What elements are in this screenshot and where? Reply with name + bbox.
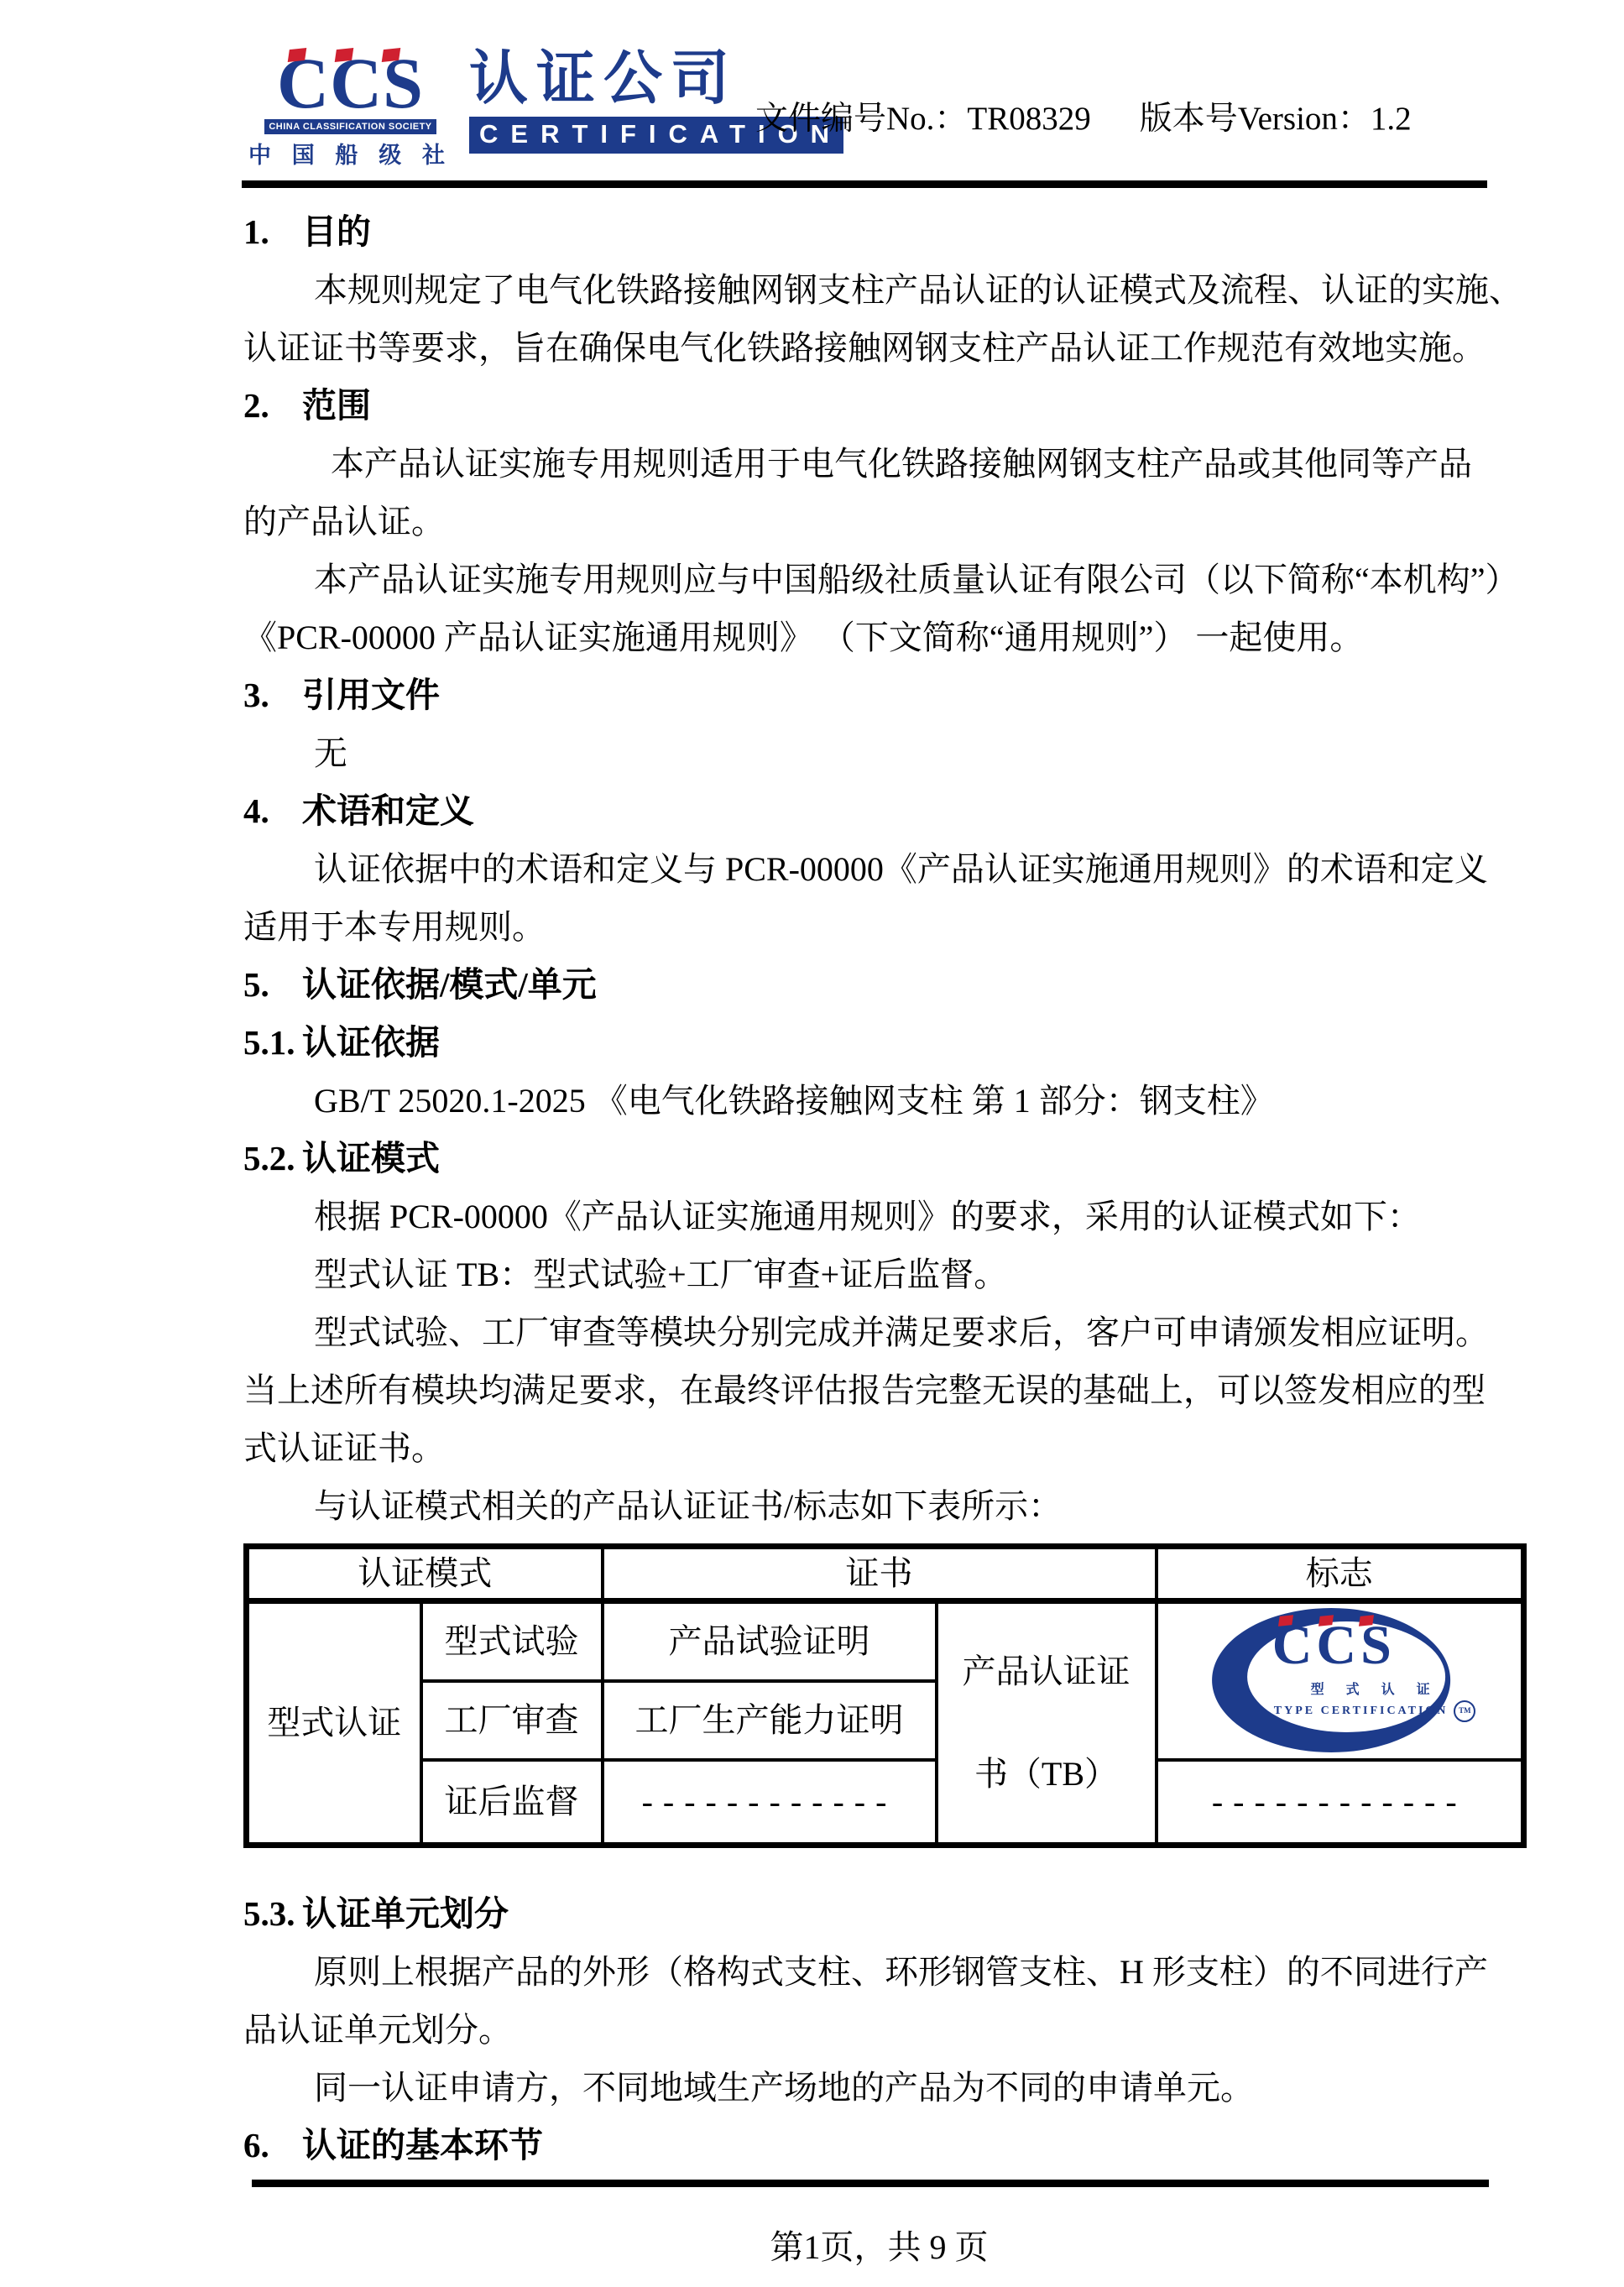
merged-cert-line1: 产品认证证	[938, 1651, 1155, 1693]
table-header-row: 认证模式 证书 标志	[247, 1547, 1524, 1601]
section-title: 术语和定义	[302, 791, 474, 830]
paragraph-line: 的产品认证。	[243, 493, 1515, 551]
module-cell: 证后监督	[421, 1760, 603, 1846]
table-row: 型式认证 型式试验 产品试验证明 产品认证证 书（TB）	[247, 1601, 1524, 1682]
section-number: 6.	[243, 2117, 302, 2175]
section-number: 5.1.	[243, 1014, 302, 1072]
section-1-heading: 1.目的	[243, 203, 1515, 261]
section-number: 3.	[243, 666, 302, 724]
cert-cell: 产品试验证明	[603, 1601, 937, 1682]
paragraph-line: 型式认证 TB：型式试验+工厂审查+证后监督。	[243, 1245, 1515, 1303]
section-5-2-heading: 5.2.认证模式	[243, 1130, 1515, 1188]
paragraph-line: 本产品认证实施专用规则应与中国船级社质量认证有限公司（以下简称“本机构”）	[243, 551, 1515, 608]
paragraph-line: 当上述所有模块均满足要求，在最终评估报告完整无误的基础上，可以签发相应的型	[243, 1361, 1515, 1419]
section-number: 1.	[243, 203, 302, 261]
section-number: 5.2.	[243, 1130, 302, 1188]
section-title: 认证单元划分	[302, 1894, 509, 1933]
section-title: 引用文件	[302, 676, 440, 714]
header-rule	[242, 180, 1487, 188]
header-cell-mode: 认证模式	[247, 1547, 603, 1601]
ccs-red-accent-icon	[335, 48, 354, 62]
mark-dash-cell: ------------	[1157, 1760, 1524, 1846]
page-header: CCS CHINA CLASSIFICATION SOCIETY 中 国 船 级…	[0, 0, 1624, 180]
section-title: 认证依据/模式/单元	[302, 965, 597, 1004]
paragraph-line: 与认证模式相关的产品认证证书/标志如下表所示：	[243, 1477, 1515, 1535]
section-number: 2.	[243, 377, 302, 435]
header-cell-cert: 证书	[603, 1547, 1157, 1601]
section-title: 认证的基本环节	[302, 2126, 543, 2164]
merged-cert-line2: 书（TB）	[938, 1753, 1155, 1795]
footer-rule	[252, 2180, 1489, 2187]
section-number: 4.	[243, 782, 302, 840]
section-title: 范围	[302, 386, 371, 425]
paragraph-line: 品认证单元划分。	[243, 2001, 1515, 2059]
document-meta: 文件编号No.：TR08329版本号Version：1.2	[755, 92, 1412, 139]
ccs-red-accent-icon	[1319, 1615, 1334, 1626]
mark-logo-cell: CCS 型 式 认 证 TYPE CERTIFICATION TM	[1157, 1601, 1524, 1761]
paragraph-line: 认证依据中的术语和定义与 PCR-00000《产品认证实施通用规则》的术语和定义	[243, 840, 1515, 898]
merged-cert-cell: 产品认证证 书（TB）	[937, 1601, 1157, 1846]
mark-subtitle: 型 式 认 证 TYPE CERTIFICATION TM	[1274, 1682, 1476, 1722]
document-body: 1.目的 本规则规定了电气化铁路接触网钢支柱产品认证的认证模式及流程、认证的实施…	[243, 203, 1515, 2175]
section-5-1-heading: 5.1.认证依据	[243, 1014, 1515, 1072]
section-4-heading: 4.术语和定义	[243, 782, 1515, 840]
paragraph-line: 本规则规定了电气化铁路接触网钢支柱产品认证的认证模式及流程、认证的实施、	[243, 261, 1515, 319]
paragraph-line: 型式试验、工厂审查等模块分别完成并满足要求后，客户可申请颁发相应证明。	[243, 1303, 1515, 1361]
ccs-letters: CCS	[277, 50, 424, 117]
page-number: 第1页，共 9 页	[243, 2221, 1515, 2269]
section-6-heading: 6.认证的基本环节	[243, 2117, 1515, 2175]
section-3-heading: 3.引用文件	[243, 666, 1515, 724]
section-title: 认证依据	[302, 1023, 440, 1062]
version-label: 版本号Version：	[1140, 101, 1371, 137]
paragraph-line: GB/T 25020.1-2025 《电气化铁路接触网支柱 第 1 部分：钢支柱…	[243, 1072, 1515, 1130]
ccs-logo-left: CCS CHINA CLASSIFICATION SOCIETY 中 国 船 级…	[248, 50, 452, 170]
section-title: 目的	[302, 212, 371, 251]
paragraph-line: 无	[243, 724, 1515, 782]
ccs-red-accent-icon	[288, 48, 307, 62]
mark-en-label: TYPE CERTIFICATION TM	[1274, 1700, 1476, 1722]
module-cell: 型式试验	[421, 1601, 603, 1682]
ccs-type-certification-mark: CCS 型 式 认 证 TYPE CERTIFICATION TM	[1198, 1605, 1480, 1757]
section-number: 5.	[243, 956, 302, 1014]
chinese-society-label: 中 国 船 级 社	[248, 137, 452, 170]
certification-mode-table: 认证模式 证书 标志 型式认证 型式试验 产品试验证明 产品认证证 书（TB）	[243, 1543, 1527, 1848]
mark-cn-label: 型 式 认 证	[1274, 1682, 1476, 1699]
section-2-heading: 2.范围	[243, 377, 1515, 435]
cert-cell: 工厂生产能力证明	[603, 1681, 937, 1760]
paragraph-line: 同一认证申请方，不同地域生产场地的产品为不同的申请单元。	[243, 2059, 1515, 2117]
ccs-logo: CCS CHINA CLASSIFICATION SOCIETY 中 国 船 级…	[248, 50, 843, 170]
ccs-red-accent-icon	[1359, 1615, 1374, 1626]
section-number: 5.3.	[243, 1885, 302, 1943]
section-5-heading: 5.认证依据/模式/单元	[243, 956, 1515, 1014]
paragraph-line: 适用于本专用规则。	[243, 898, 1515, 956]
table-row: 证后监督 ------------ ------------	[247, 1760, 1524, 1846]
doc-no-label: 文件编号No.：	[755, 101, 967, 137]
trademark-icon: TM	[1454, 1700, 1475, 1722]
paragraph-line: 《PCR-00000 产品认证实施通用规则》 （下文简称“通用规则”） 一起使用…	[243, 608, 1515, 666]
document-page: CCS CHINA CLASSIFICATION SOCIETY 中 国 船 级…	[0, 0, 1624, 2287]
doc-no-value: TR08329	[967, 101, 1090, 137]
paragraph-line: 式认证证书。	[243, 1419, 1515, 1477]
cert-dash-cell: ------------	[603, 1760, 937, 1846]
version-value: 1.2	[1371, 101, 1412, 137]
module-cell: 工厂审查	[421, 1681, 603, 1760]
section-title: 认证模式	[302, 1139, 440, 1177]
paragraph-line: 认证证书等要求，旨在确保电气化铁路接触网钢支柱产品认证工作规范有效地实施。	[243, 319, 1515, 377]
mark-en-text: TYPE CERTIFICATION	[1274, 1704, 1449, 1719]
ccs-red-accent-icon	[382, 48, 401, 62]
paragraph-line: 根据 PCR-00000《产品认证实施通用规则》的要求，采用的认证模式如下：	[243, 1188, 1515, 1245]
section-5-3-heading: 5.3.认证单元划分	[243, 1885, 1515, 1943]
header-cell-mark: 标志	[1157, 1547, 1524, 1601]
ccs-red-accent-icon	[1278, 1615, 1293, 1626]
paragraph-line: 原则上根据产品的外形（格构式支柱、环形钢管支柱、H 形支柱）的不同进行产	[243, 1943, 1515, 2001]
mode-group-cell: 型式认证	[247, 1601, 421, 1846]
paragraph-line: 本产品认证实施专用规则适用于电气化铁路接触网钢支柱产品或其他同等产品	[243, 435, 1515, 493]
mark-ccs-letters: CCS	[1272, 1618, 1396, 1673]
